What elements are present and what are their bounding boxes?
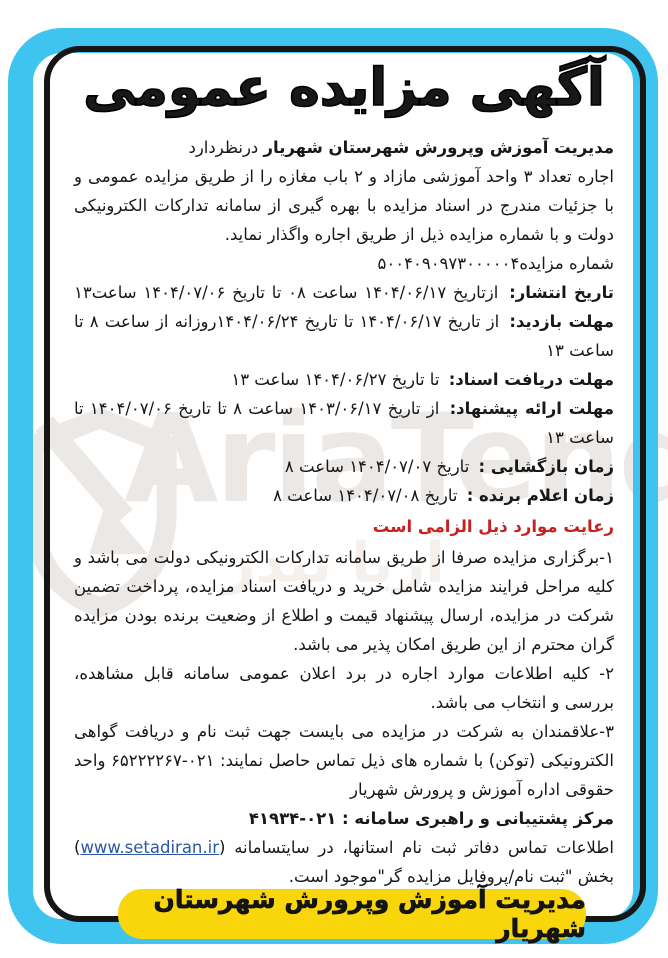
support-center-line: مرکز پشتیبانی و راهبری سامانه : ۰۲۱-۴۱۹۳… [74, 804, 614, 833]
winner-announcement-row: زمان اعلام برنده : تاریخ ۱۴۰۴/۰۷/۰۸ ساعت… [74, 481, 614, 510]
auction-number-value: ۵۰۰۴۰۹۰۹۷۳۰۰۰۰۰۴ [378, 254, 520, 273]
visit-deadline-label: مهلت بازدید: [509, 312, 614, 331]
notice-heading: رعایت موارد ذیل الزامی است [74, 512, 614, 541]
ad-content: آگهی مزایده عمومی مدیریت آموزش وپرورش شه… [74, 54, 614, 891]
publish-date-value: ازتاریخ ۱۴۰۴/۰۶/۱۷ ساعت ۰۸ تا تاریخ ۱۴۰۴… [74, 283, 498, 302]
organization-line: مدیریت آموزش وپرورش شهرستان شهریار درنظر… [74, 133, 614, 162]
docs-deadline-value: تا تاریخ ۱۴۰۴/۰۶/۲۷ ساعت ۱۳ [231, 370, 439, 389]
docs-deadline-label: مهلت دریافت اسناد: [449, 370, 614, 389]
opening-time-value: تاریخ ۱۴۰۴/۰۷/۰۷ ساعت ۸ [285, 457, 469, 476]
note-3: ۳-علاقمندان به شرکت در مزایده می بایست ج… [74, 717, 614, 804]
publish-date-row: تاریخ انتشار: ازتاریخ ۱۴۰۴/۰۶/۱۷ ساعت ۰۸… [74, 278, 614, 307]
organization-name: مدیریت آموزش وپرورش شهرستان شهریار [264, 138, 614, 157]
opening-time-label: زمان بازگشایی : [479, 457, 614, 476]
registration-text-before: اطلاعات تماس دفاتر ثبت نام استانها، در س… [219, 838, 614, 857]
winner-announcement-label: زمان اعلام برنده : [467, 486, 614, 505]
docs-deadline-row: مهلت دریافت اسناد: تا تاریخ ۱۴۰۴/۰۶/۲۷ س… [74, 365, 614, 394]
ad-title: آگهی مزایده عمومی [74, 56, 614, 121]
tender-ad-page: AriaTender آریا تندر آگهی مزایده عمومی م… [0, 0, 668, 958]
bid-deadline-label: مهلت ارائه پیشنهاد: [450, 399, 614, 418]
visit-deadline-row: مهلت بازدید: از تاریخ ۱۴۰۴/۰۶/۱۷ تا تاری… [74, 307, 614, 365]
auction-number-label: شماره مزایده [519, 254, 614, 273]
winner-announcement-value: تاریخ ۱۴۰۴/۰۷/۰۸ ساعت ۸ [273, 486, 457, 505]
publish-date-label: تاریخ انتشار: [509, 283, 614, 302]
support-center-label: مرکز پشتیبانی و راهبری سامانه : [342, 809, 614, 828]
organization-suffix: درنظردارد [188, 138, 263, 157]
registration-info-line: اطلاعات تماس دفاتر ثبت نام استانها، در س… [74, 833, 614, 891]
note-2: ۲- کلیه اطلاعات موارد اجاره در برد اعلان… [74, 659, 614, 717]
footer-badge: مدیریت آموزش وپرورش شهرستان شهریار [118, 889, 586, 939]
body-paragraph: اجاره تعداد ۳ واحد آموزشی مازاد و ۲ باب … [74, 162, 614, 249]
support-center-phone: ۰۲۱-۴۱۹۳۴ [249, 809, 336, 828]
bid-deadline-row: مهلت ارائه پیشنهاد: از تاریخ ۱۴۰۳/۰۶/۱۷ … [74, 394, 614, 452]
auction-number-line: شماره مزایده۵۰۰۴۰۹۰۹۷۳۰۰۰۰۰۴ [74, 249, 614, 278]
opening-time-row: زمان بازگشایی : تاریخ ۱۴۰۴/۰۷/۰۷ ساعت ۸ [74, 452, 614, 481]
setadiran-link[interactable]: www.setadiran.ir [80, 838, 219, 857]
note-1: ۱-برگزاری مزایده صرفا از طریق سامانه تدا… [74, 543, 614, 659]
